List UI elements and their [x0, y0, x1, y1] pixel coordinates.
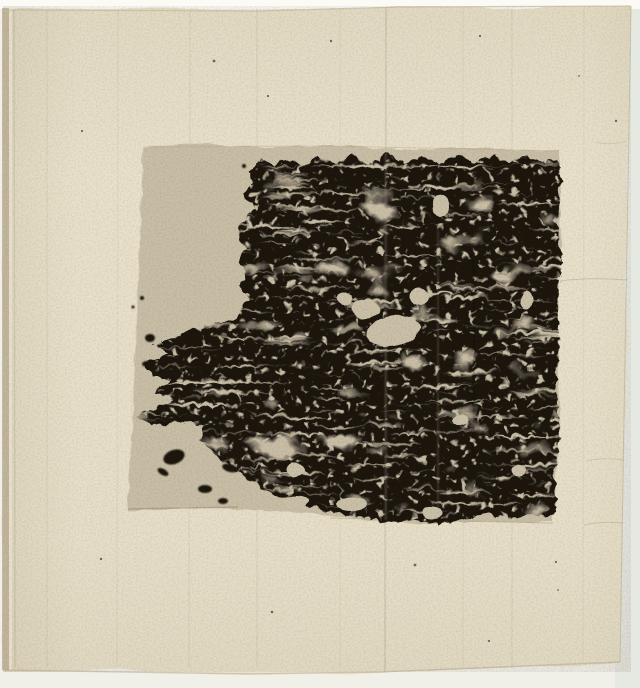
paper-grain-overlay — [3, 6, 631, 672]
scanned-rubbing-photograph — [0, 0, 640, 688]
